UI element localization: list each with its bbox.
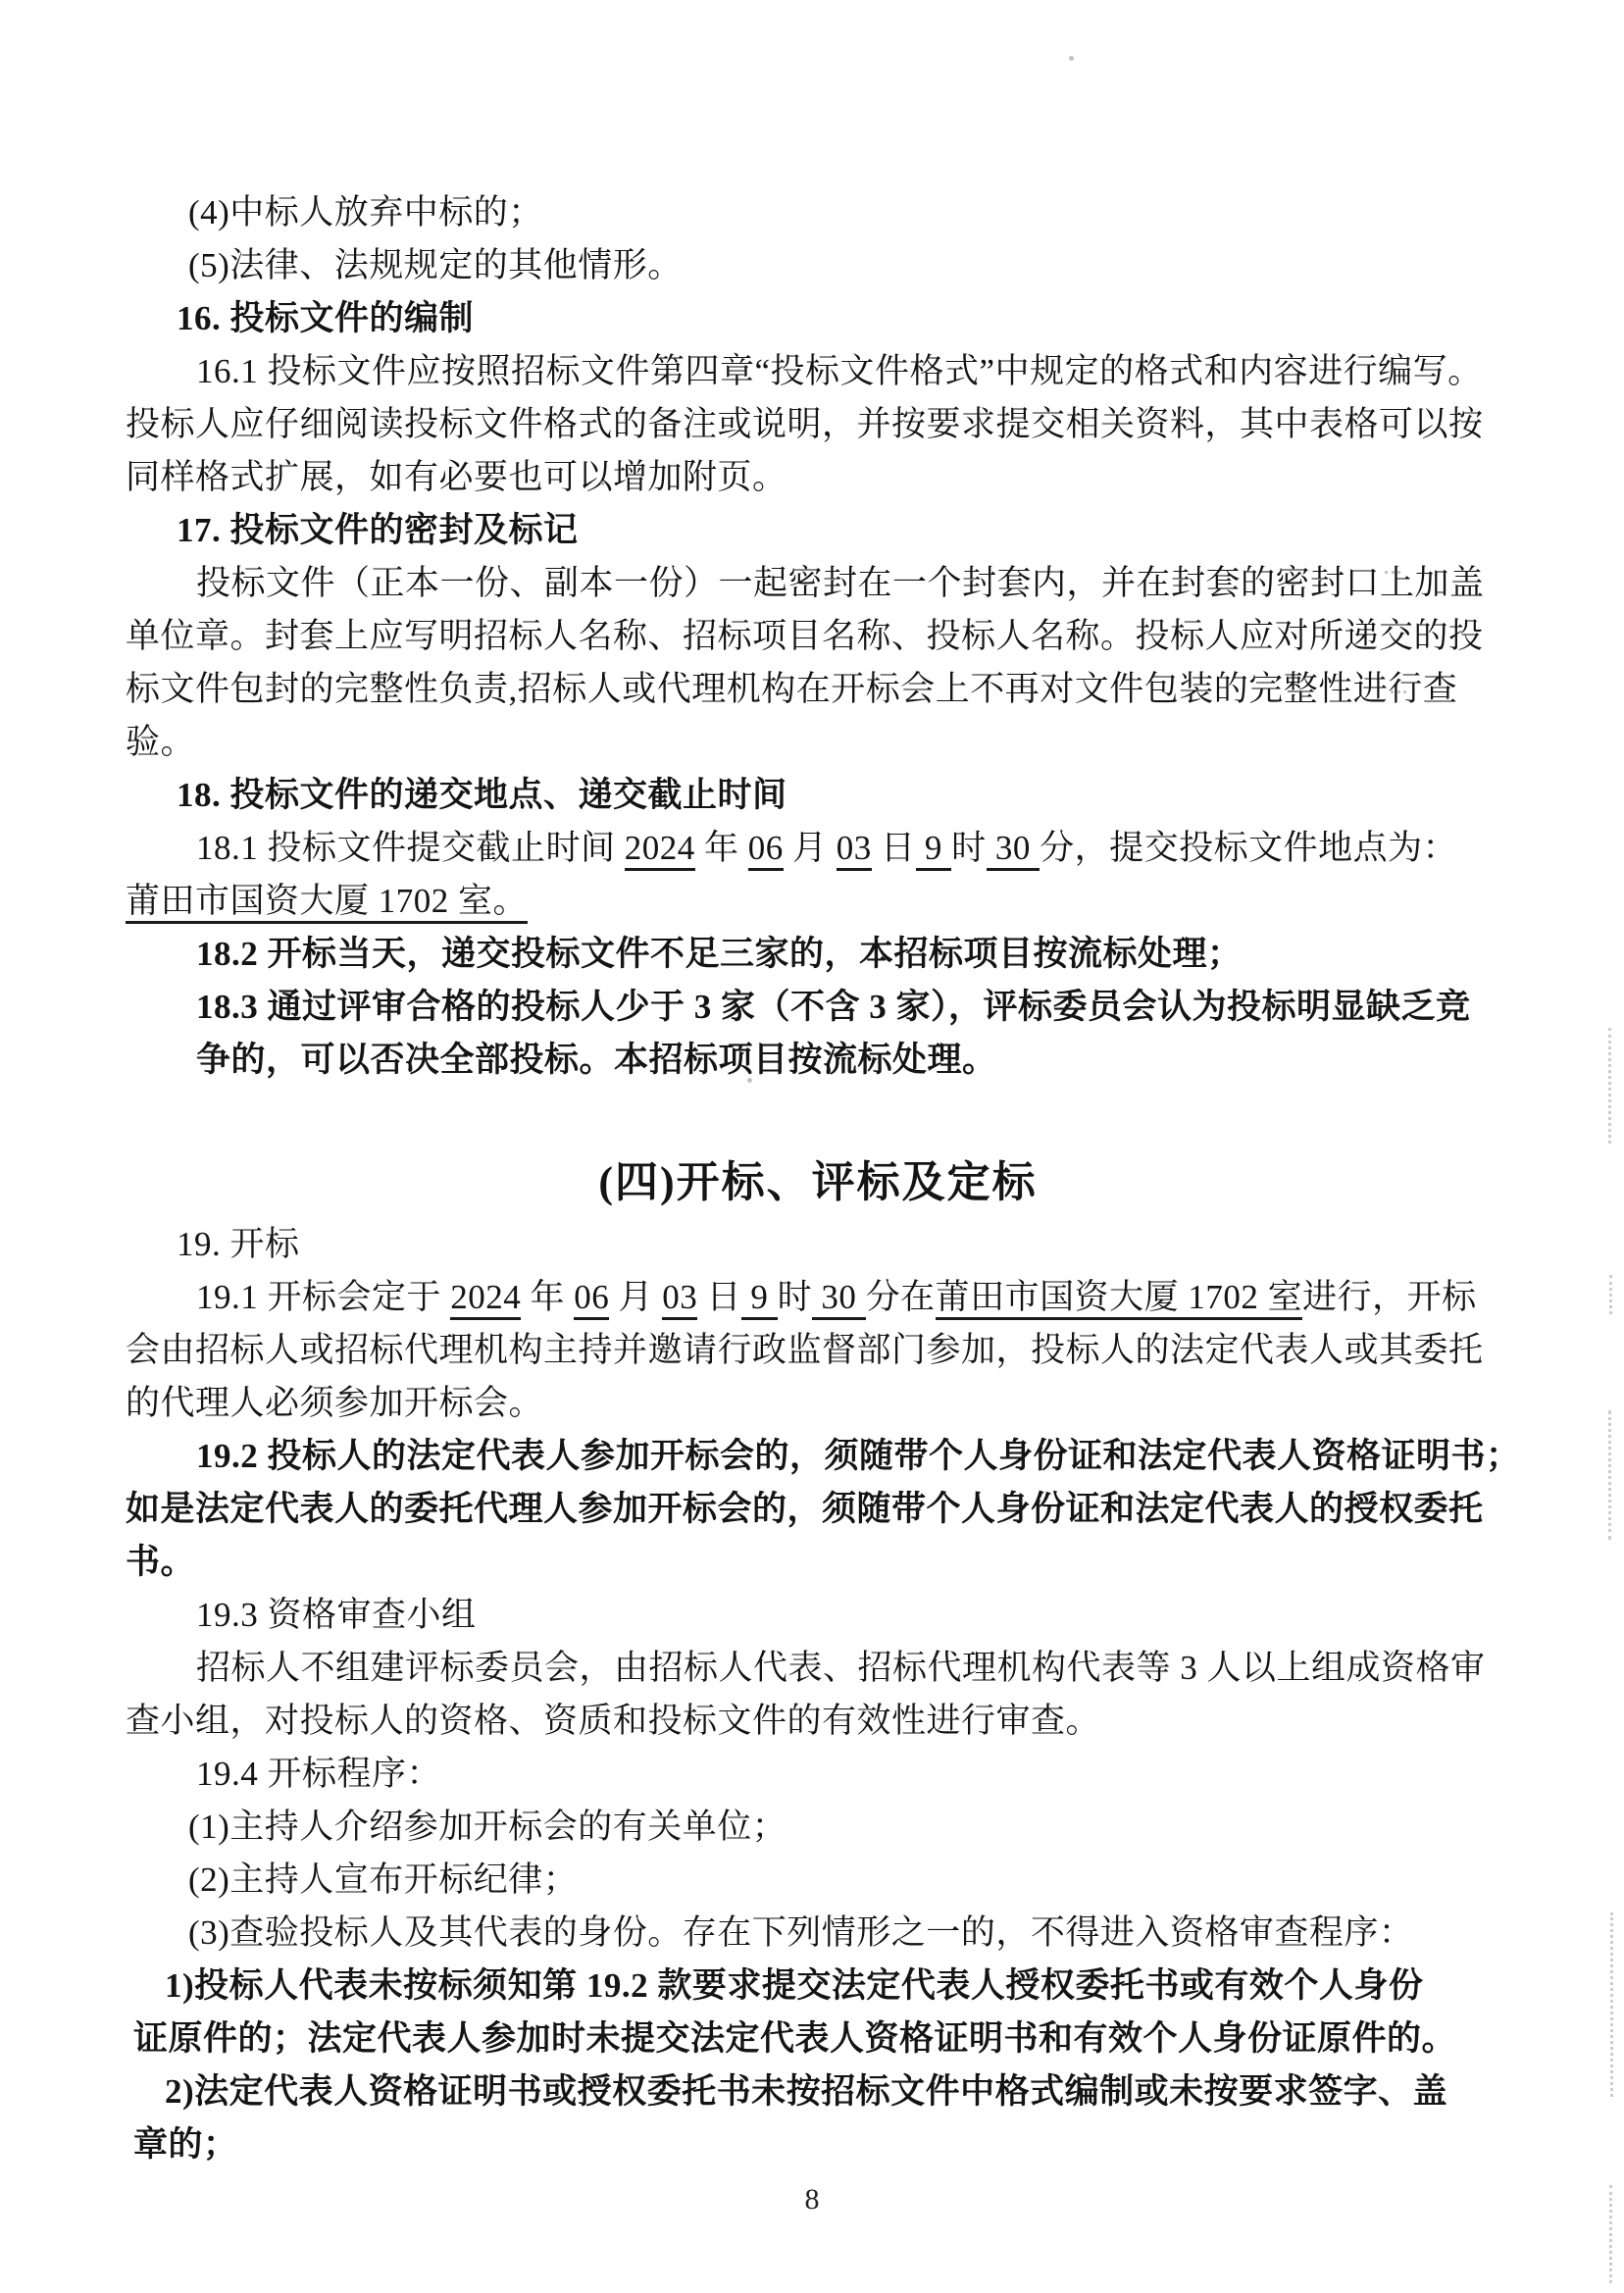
document-content: (4)中标人放弃中标的；(5)法律、法规规定的其他情形。16. 投标文件的编制1… xyxy=(126,186,1510,2171)
text-segment: 如是法定代表人的委托代理人参加开标会的，须随带个人身份证和法定代表人的授权委托 xyxy=(126,1490,1484,1528)
text-segment: 书。 xyxy=(126,1543,195,1581)
text-segment: 年 xyxy=(521,1278,574,1316)
text-segment: 18. 投标文件的递交地点、递交截止时间 xyxy=(177,776,787,814)
text-segment: 查小组，对投标人的资格、资质和投标文件的有效性进行审查。 xyxy=(126,1702,1100,1740)
text-segment: 时 xyxy=(778,1278,813,1316)
underlined-text: 2024 xyxy=(625,829,695,871)
text-segment: 会由招标人或招标代理机构主持并邀请行政监督部门参加，投标人的法定代表人或其委托 xyxy=(126,1331,1484,1369)
text-line: 18.3 通过评审合格的投标人少于 3 家（不含 3 家），评标委员会认为投标明… xyxy=(196,981,1510,1034)
text-segment: (4)中标人放弃中标的； xyxy=(188,193,543,231)
text-line: (3)查验投标人及其代表的身份。存在下列情形之一的，不得进入资格审查程序： xyxy=(188,1907,1510,1960)
underlined-text: 30 xyxy=(812,1278,866,1320)
text-segment: 19.1 开标会定于 xyxy=(196,1278,450,1316)
scan-artifact xyxy=(747,1078,752,1083)
text-segment: 月 xyxy=(609,1278,662,1316)
section-title: (四)开标、评标及定标 xyxy=(126,1151,1510,1214)
text-segment: 月 xyxy=(784,829,837,867)
document-page: (4)中标人放弃中标的；(5)法律、法规规定的其他情形。16. 投标文件的编制1… xyxy=(0,0,1624,2293)
text-segment: 19.4 开标程序： xyxy=(196,1755,441,1793)
text-segment: 18.3 通过评审合格的投标人少于 3 家（不含 3 家），评标委员会认为投标明… xyxy=(196,988,1471,1026)
text-line: 19.1 开标会定于 2024 年 06 月 03 日 9 时 30 分在莆田市… xyxy=(196,1271,1510,1324)
text-segment: 证原件的；法定代表人参加时未提交法定代表人资格证明书和有效个人身份证原件的。 xyxy=(133,2019,1456,2058)
text-line: 19.4 开标程序： xyxy=(196,1748,1510,1801)
text-line: (5)法律、法规规定的其他情形。 xyxy=(188,239,1510,292)
text-segment: 18.2 开标当天，递交投标文件不足三家的，本招标项目按流标处理； xyxy=(196,935,1243,973)
scan-artifact xyxy=(600,481,605,485)
underlined-text: 2024 xyxy=(450,1278,521,1320)
text-line: 投标人应仔细阅读投标文件格式的备注或说明，并按要求提交相关资料，其中表格可以按 xyxy=(126,398,1510,451)
text-segment: 单位章。封套上应写明招标人名称、招标项目名称、投标人名称。投标人应对所递交的投 xyxy=(126,617,1484,655)
text-line: 16.1 投标文件应按照招标文件第四章“投标文件格式”中规定的格式和内容进行编写… xyxy=(196,345,1510,398)
text-segment: 17. 投标文件的密封及标记 xyxy=(177,511,579,549)
text-segment: 18.1 投标文件提交截止时间 xyxy=(196,829,625,867)
underlined-text: 30 xyxy=(987,829,1040,871)
text-line: 证原件的；法定代表人参加时未提交法定代表人资格证明书和有效个人身份证原件的。 xyxy=(133,2013,1510,2065)
text-line: 招标人不组建评标委员会，由招标人代表、招标代理机构代表等 3 人以上组成资格审 xyxy=(196,1642,1510,1695)
text-line: (4)中标人放弃中标的； xyxy=(188,186,1510,239)
underlined-text: 9 xyxy=(741,1278,778,1320)
text-line: 19.2 投标人的法定代表人参加开标会的，须随带个人身份证和法定代表人资格证明书… xyxy=(196,1430,1510,1483)
text-segment: (3)查验投标人及其代表的身份。存在下列情形之一的，不得进入资格审查程序： xyxy=(188,1913,1413,1952)
text-line: 18.1 投标文件提交截止时间 2024 年 06 月 03 日 9 时 30 … xyxy=(196,822,1510,875)
text-segment: 日 xyxy=(872,829,916,867)
text-segment: 验。 xyxy=(126,723,195,761)
text-segment: (5)法律、法规规定的其他情形。 xyxy=(188,246,683,284)
text-line: 投标文件（正本一份、副本一份）一起密封在一个封套内，并在封套的密封口上加盖 xyxy=(196,557,1510,610)
page-number: 8 xyxy=(0,2183,1624,2217)
text-line: 莆田市国资大厦 1702 室。 xyxy=(126,875,1510,928)
text-segment: 招标人不组建评标委员会，由招标人代表、招标代理机构代表等 3 人以上组成资格审 xyxy=(196,1649,1486,1687)
text-segment: 同样格式扩展，如有必要也可以增加附页。 xyxy=(126,458,787,496)
text-segment: 标文件包封的完整性负责,招标人或代理机构在开标会上不再对文件包装的完整性进行查 xyxy=(126,670,1457,708)
underlined-text: 06 xyxy=(748,829,784,871)
text-segment: 19.2 投标人的法定代表人参加开标会的，须随带个人身份证和法定代表人资格证明书… xyxy=(196,1437,1521,1475)
text-line: 会由招标人或招标代理机构主持并邀请行政监督部门参加，投标人的法定代表人或其委托 xyxy=(126,1324,1510,1377)
scan-artifact xyxy=(1391,690,1406,697)
text-line: 17. 投标文件的密封及标记 xyxy=(177,504,1510,557)
text-line: 标文件包封的完整性负责,招标人或代理机构在开标会上不再对文件包装的完整性进行查 xyxy=(126,663,1510,716)
underlined-text: 03 xyxy=(662,1278,697,1320)
text-segment: 分在 xyxy=(866,1278,936,1316)
scan-artifact xyxy=(1609,1275,1612,1314)
text-segment: 16. 投标文件的编制 xyxy=(177,299,474,337)
text-line: 19.3 资格审查小组 xyxy=(196,1589,1510,1642)
underlined-text: 莆田市国资大厦 1702 室 xyxy=(936,1278,1303,1320)
text-segment: 日 xyxy=(697,1278,741,1316)
text-line: 如是法定代表人的委托代理人参加开标会的，须随带个人身份证和法定代表人的授权委托 xyxy=(126,1483,1510,1536)
text-line: 的代理人必须参加开标会。 xyxy=(126,1377,1510,1430)
text-line: 查小组，对投标人的资格、资质和投标文件的有效性进行审查。 xyxy=(126,1695,1510,1748)
text-line: (1)主持人介绍参加开标会的有关单位； xyxy=(188,1801,1510,1854)
text-line: 1)投标人代表未按标须知第 19.2 款要求提交法定代表人授权委托书或有效个人身… xyxy=(165,1960,1510,2013)
text-segment: 章的； xyxy=(133,2125,238,2164)
scan-artifact xyxy=(1266,1002,1271,1007)
text-segment: 投标人应仔细阅读投标文件格式的备注或说明，并按要求提交相关资料，其中表格可以按 xyxy=(126,405,1484,443)
text-line: 章的； xyxy=(133,2118,1510,2171)
scanned-document: { "page": { "number": "8" }, "document":… xyxy=(0,0,1624,2293)
text-line: (2)主持人宣布开标纪律； xyxy=(188,1854,1510,1907)
text-line: 18. 投标文件的递交地点、递交截止时间 xyxy=(177,769,1510,822)
underlined-text: 03 xyxy=(837,829,872,871)
scan-artifact xyxy=(1608,1410,1611,1540)
text-segment: 1)投标人代表未按标须知第 19.2 款要求提交法定代表人授权委托书或有效个人身… xyxy=(165,1966,1423,2005)
text-segment: 投标文件（正本一份、副本一份）一起密封在一个封套内，并在封套的密封口上加盖 xyxy=(196,564,1485,602)
text-segment: (四)开标、评标及定标 xyxy=(598,1158,1037,1206)
text-line: 16. 投标文件的编制 xyxy=(177,292,1510,345)
underlined-text: 9 xyxy=(916,829,952,871)
text-segment: 19. 开标 xyxy=(177,1225,300,1263)
text-segment: 分，提交投标文件地点为： xyxy=(1040,829,1457,867)
underlined-text: 06 xyxy=(574,1278,609,1320)
scan-artifact xyxy=(1610,1912,1613,2097)
text-segment: (1)主持人介绍参加开标会的有关单位； xyxy=(188,1808,787,1846)
text-segment: 的代理人必须参加开标会。 xyxy=(126,1384,543,1422)
text-line: 2)法定代表人资格证明书或授权委托书未按招标文件中格式编制或未按要求签字、盖 xyxy=(165,2065,1510,2118)
text-line: 书。 xyxy=(126,1536,1510,1589)
text-segment: 争的，可以否决全部投标。本招标项目按流标处理。 xyxy=(196,1041,997,1079)
text-segment: 2)法定代表人资格证明书或授权委托书未按招标文件中格式编制或未按要求签字、盖 xyxy=(165,2072,1447,2111)
text-segment: 进行，开标 xyxy=(1302,1278,1477,1316)
text-line: 18.2 开标当天，递交投标文件不足三家的，本招标项目按流标处理； xyxy=(196,928,1510,981)
text-segment: (2)主持人宣布开标纪律； xyxy=(188,1860,578,1899)
scan-artifact xyxy=(1608,1028,1611,1144)
text-line: 争的，可以否决全部投标。本招标项目按流标处理。 xyxy=(196,1034,1510,1087)
text-segment: 16.1 投标文件应按照招标文件第四章“投标文件格式”中规定的格式和内容进行编写… xyxy=(196,352,1483,390)
scan-artifact xyxy=(1069,56,1074,61)
text-line: 验。 xyxy=(126,716,1510,769)
underlined-text: 莆田市国资大厦 1702 室。 xyxy=(126,882,528,924)
scan-artifact xyxy=(1385,571,1400,578)
text-segment: 年 xyxy=(695,829,748,867)
text-line: 19. 开标 xyxy=(177,1218,1510,1271)
text-line: 单位章。封套上应写明招标人名称、招标项目名称、投标人名称。投标人应对所递交的投 xyxy=(126,610,1510,663)
text-segment: 时 xyxy=(951,829,987,867)
text-segment: 19.3 资格审查小组 xyxy=(196,1596,477,1634)
text-line: 同样格式扩展，如有必要也可以增加附页。 xyxy=(126,451,1510,504)
